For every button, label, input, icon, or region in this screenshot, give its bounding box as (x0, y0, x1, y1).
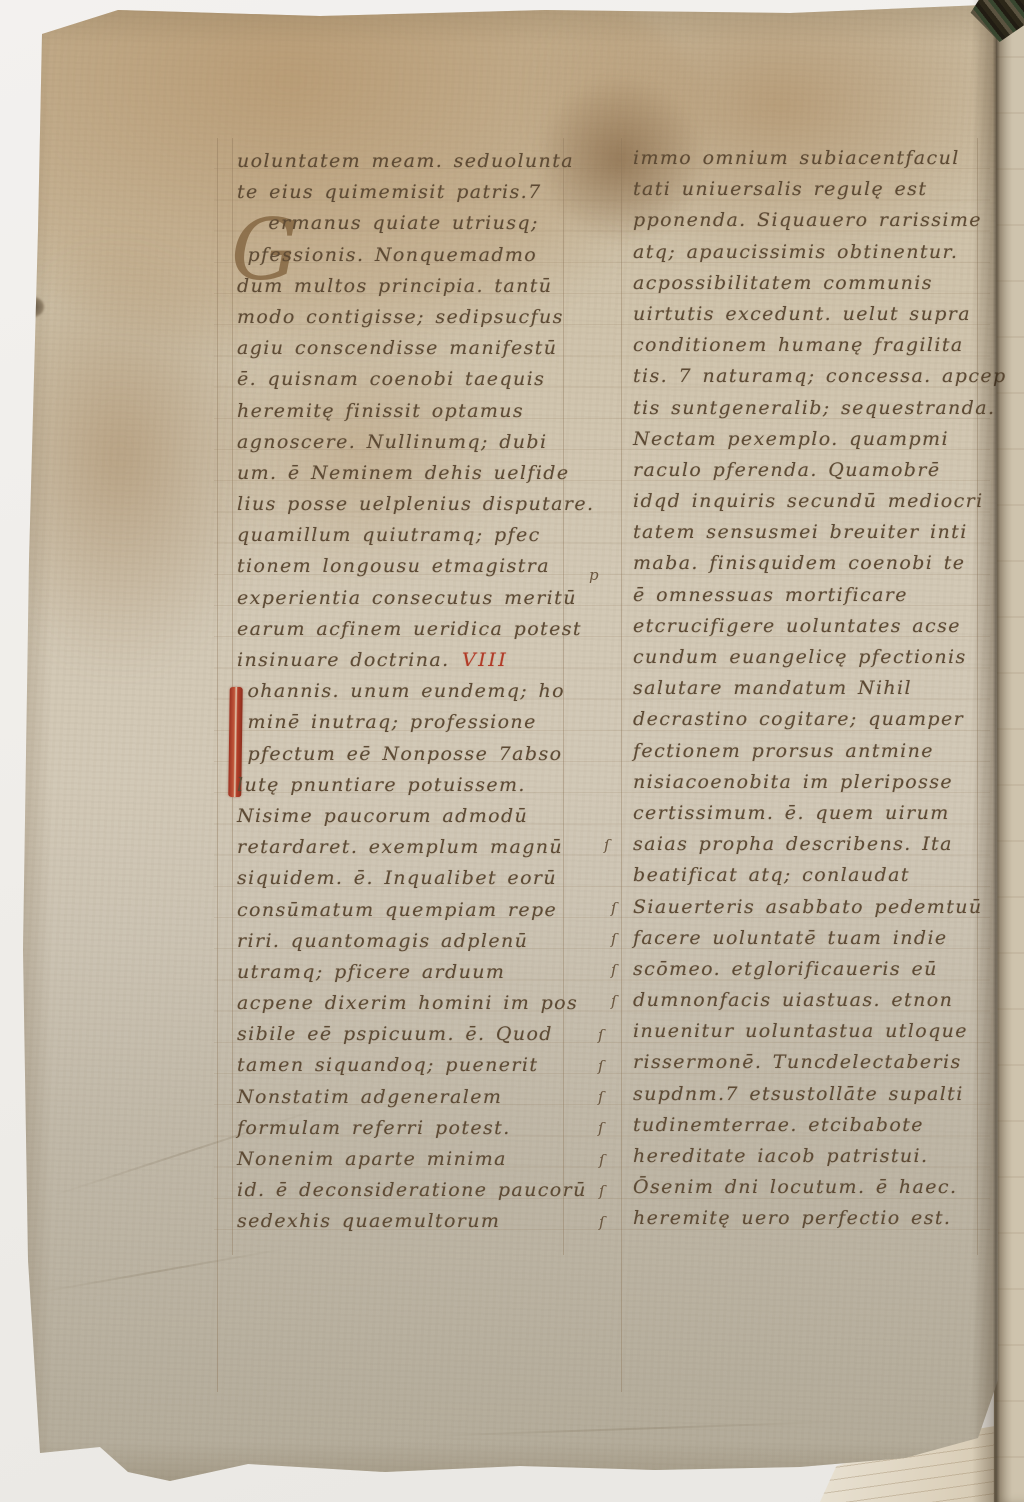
manuscript-text-line: siquidem. ē. Inqualibet eorū (237, 863, 595, 894)
manuscript-text-line: certissimum. ē. quem uirum (633, 798, 1008, 829)
diple-mark: ſ (598, 1088, 604, 1106)
diple-mark: ſ (611, 992, 617, 1010)
manuscript-text-line: salutare mandatum Nihil (633, 673, 1008, 704)
diple-mark: ſ (599, 1182, 605, 1200)
manuscript-text-line: immo omnium subiacentfacul (633, 143, 1008, 174)
manuscript-text-line: sedexhis quaemultorum (237, 1206, 595, 1237)
manuscript-text-line: acpene dixerim homini im pos (237, 988, 595, 1019)
manuscript-text-line: minē inutraq; professione (237, 707, 595, 738)
manuscript-text-line: Nectam pexemplo. quampmi (633, 424, 1008, 455)
manuscript-text-line: acpossibilitatem communis (633, 268, 1008, 299)
manuscript-text-line: scōmeo. etglorificaueris eū (633, 954, 1008, 985)
manuscript-text-line: riri. quantomagis adplenū (237, 926, 595, 957)
manuscript-text-line: agiu conscendisse manifestū (237, 333, 595, 364)
manuscript-photo: G uoluntatem meam. seduoluntate eius qui… (0, 0, 1024, 1502)
manuscript-text-line: sibile eē pspicuum. ē. Quod (237, 1019, 595, 1050)
manuscript-text-line: Ōsenim dni locutum. ē haec. (633, 1172, 1008, 1203)
manuscript-text-line: Siauerteris asabbato pedemtuū (633, 892, 1008, 923)
diple-mark: ſ (611, 930, 617, 948)
diple-mark: ſ (598, 1026, 604, 1044)
manuscript-text-line: raculo pferenda. Quamobrē (633, 455, 1008, 486)
manuscript-text-line: conditionem humanę fragilita (633, 330, 1008, 361)
vertical-ruling-line (621, 138, 622, 1392)
manuscript-text-line: insinuare doctrina. (237, 645, 595, 676)
manuscript-text-line: hereditate iacob patristui. (633, 1141, 1008, 1172)
manuscript-text-line: tatem sensusmei breuiter inti (633, 517, 1008, 548)
manuscript-text-line: facere uoluntatē tuam indie (633, 923, 1008, 954)
manuscript-text-line: tis. 7 naturamq; concessa. apcep (633, 361, 1008, 392)
manuscript-text-line: agnoscere. Nullinumq; dubi (237, 427, 595, 458)
manuscript-text-line: tudinemterrae. etcibabote (633, 1110, 1008, 1141)
manuscript-text-line: ermanus quiate utriusq; (237, 208, 595, 239)
diple-mark: p (589, 566, 599, 584)
vertical-ruling-line (217, 138, 218, 1392)
manuscript-text-line: etcrucifigere uoluntates acse (633, 611, 1008, 642)
manuscript-text-line: heremitę finissit optamus (237, 396, 595, 427)
manuscript-text-line: retardaret. exemplum magnū (237, 832, 595, 863)
manuscript-text-line: dumnonfacis uiastuas. etnon (633, 985, 1008, 1016)
manuscript-text-line: decrastino cogitare; quamper (633, 704, 1008, 735)
text-column-left: uoluntatem meam. seduoluntate eius quime… (237, 146, 595, 1238)
diple-mark: ſ (598, 1119, 604, 1137)
manuscript-text-line: idqd inquiris secundū mediocri (633, 486, 1008, 517)
manuscript-text-line: maba. finisquidem coenobi te (633, 548, 1008, 579)
manuscript-text-line: formulam referri potest. (237, 1113, 595, 1144)
manuscript-text-line: tis suntgeneralib; sequestranda. (633, 393, 1008, 424)
manuscript-text-line: pfessionis. Nonquemadmo (237, 240, 595, 271)
manuscript-text-line: Nonenim aparte minima (237, 1144, 595, 1175)
manuscript-text-line: pfectum eē Nonposse 7abso (237, 739, 595, 770)
manuscript-text-line: beatificat atq; conlaudat (633, 860, 1008, 891)
manuscript-text-line: tamen siquandoq; puenerit (237, 1050, 595, 1081)
manuscript-text-line: experientia consecutus meritū (237, 583, 595, 614)
manuscript-text-line: inuenitur uoluntastua utloque (633, 1016, 1008, 1047)
manuscript-text-line: modo contigisse; sedipsucfus (237, 302, 595, 333)
manuscript-text-line: saias propha describens. Ita (633, 829, 1008, 860)
manuscript-text-line: lius posse uelplenius disputare. (237, 489, 595, 520)
manuscript-text-line: ē omnessuas mortificare (633, 580, 1008, 611)
manuscript-text-line: Nonstatim adgeneralem (237, 1082, 595, 1113)
manuscript-text-line: lutę pnuntiare potuissem. (237, 770, 595, 801)
manuscript-text-line: dum multos principia. tantū (237, 271, 595, 302)
diple-mark: ſ (598, 1057, 604, 1075)
manuscript-text-line: id. ē deconsideratione paucorū (237, 1175, 595, 1206)
manuscript-text-line: uoluntatem meam. seduolunta (237, 146, 595, 177)
diple-mark: ſ (599, 1213, 605, 1231)
manuscript-text-line: ohannis. unum eundemq; ho (237, 676, 595, 707)
manuscript-text-line: nisiacoenobita im pleriposse (633, 767, 1008, 798)
diple-mark: ſ (611, 961, 617, 979)
manuscript-text-line: supdnm.7 etsustollāte supalti (633, 1079, 1008, 1110)
manuscript-text-line: heremitę uero perfectio est. (633, 1203, 1008, 1234)
manuscript-text-line: fectionem prorsus antmine (633, 736, 1008, 767)
manuscript-text-line: um. ē Neminem dehis uelfide (237, 458, 595, 489)
diple-mark: ſ (611, 899, 617, 917)
diple-mark: ſ (604, 836, 610, 854)
manuscript-text-line: te eius quimemisit patris.7 (237, 177, 595, 208)
manuscript-text-line: tati uniuersalis regulę est (633, 174, 1008, 205)
manuscript-text-line: rissermonē. Tuncdelectaberis (633, 1047, 1008, 1078)
manuscript-text-line: utramq; pficere arduum (237, 957, 595, 988)
diple-mark: ſ (599, 1151, 605, 1169)
text-column-right: immo omnium subiacentfacultati uniuersal… (633, 143, 1008, 1235)
gutter-fold-shadow (972, 0, 1012, 1502)
manuscript-text-line: cundum euangelicę pfectionis (633, 642, 1008, 673)
manuscript-text-line: atq; apaucissimis obtinentur. (633, 237, 1008, 268)
manuscript-text-line: uirtutis excedunt. uelut supra (633, 299, 1008, 330)
manuscript-text-line: tionem longousu etmagistra (237, 551, 595, 582)
manuscript-text-line: pponenda. Siquauero rarissime (633, 205, 1008, 236)
rubricated-chapter-numeral: VIII (462, 649, 508, 671)
manuscript-text-line: quamillum quiutramq; pfec (237, 520, 595, 551)
manuscript-text-line: consūmatum quempiam repe (237, 895, 595, 926)
manuscript-text-line: earum acfinem ueridica potest (237, 614, 595, 645)
manuscript-text-line: Nisime paucorum admodū (237, 801, 595, 832)
manuscript-text-line: ē. quisnam coenobi taequis (237, 364, 595, 395)
